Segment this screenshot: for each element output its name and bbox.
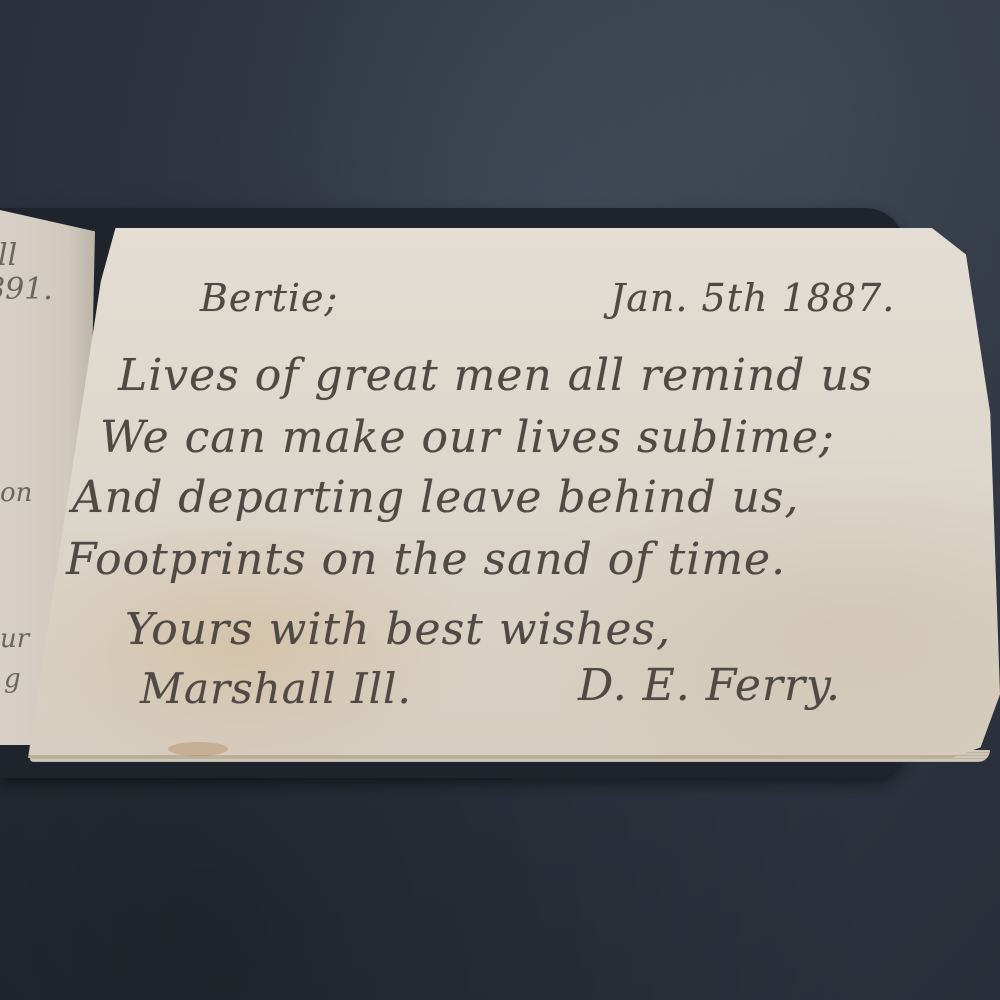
poem-line-3: And departing leave behind us, <box>72 472 799 523</box>
signature: D. E. Ferry. <box>578 660 841 711</box>
place: Marshall Ill. <box>140 664 412 713</box>
salutation: Bertie; <box>200 276 338 320</box>
page-stain <box>168 742 228 756</box>
poem-line-4: Footprints on the sand of time. <box>66 534 786 585</box>
poem-line-2: We can make our lives sublime; <box>100 412 835 463</box>
poem-line-1: Lives of great men all remind us <box>118 350 873 401</box>
left-page-text-fragment: g <box>4 664 21 694</box>
left-page-text-fragment: on <box>0 478 32 508</box>
left-page-text-fragment: 891. <box>0 272 53 307</box>
left-page-text-fragment: ur <box>0 624 29 654</box>
date: Jan. 5th 1887. <box>610 276 895 320</box>
closing: Yours with best wishes, <box>125 604 671 655</box>
left-page-text-fragment: ll <box>0 238 17 273</box>
